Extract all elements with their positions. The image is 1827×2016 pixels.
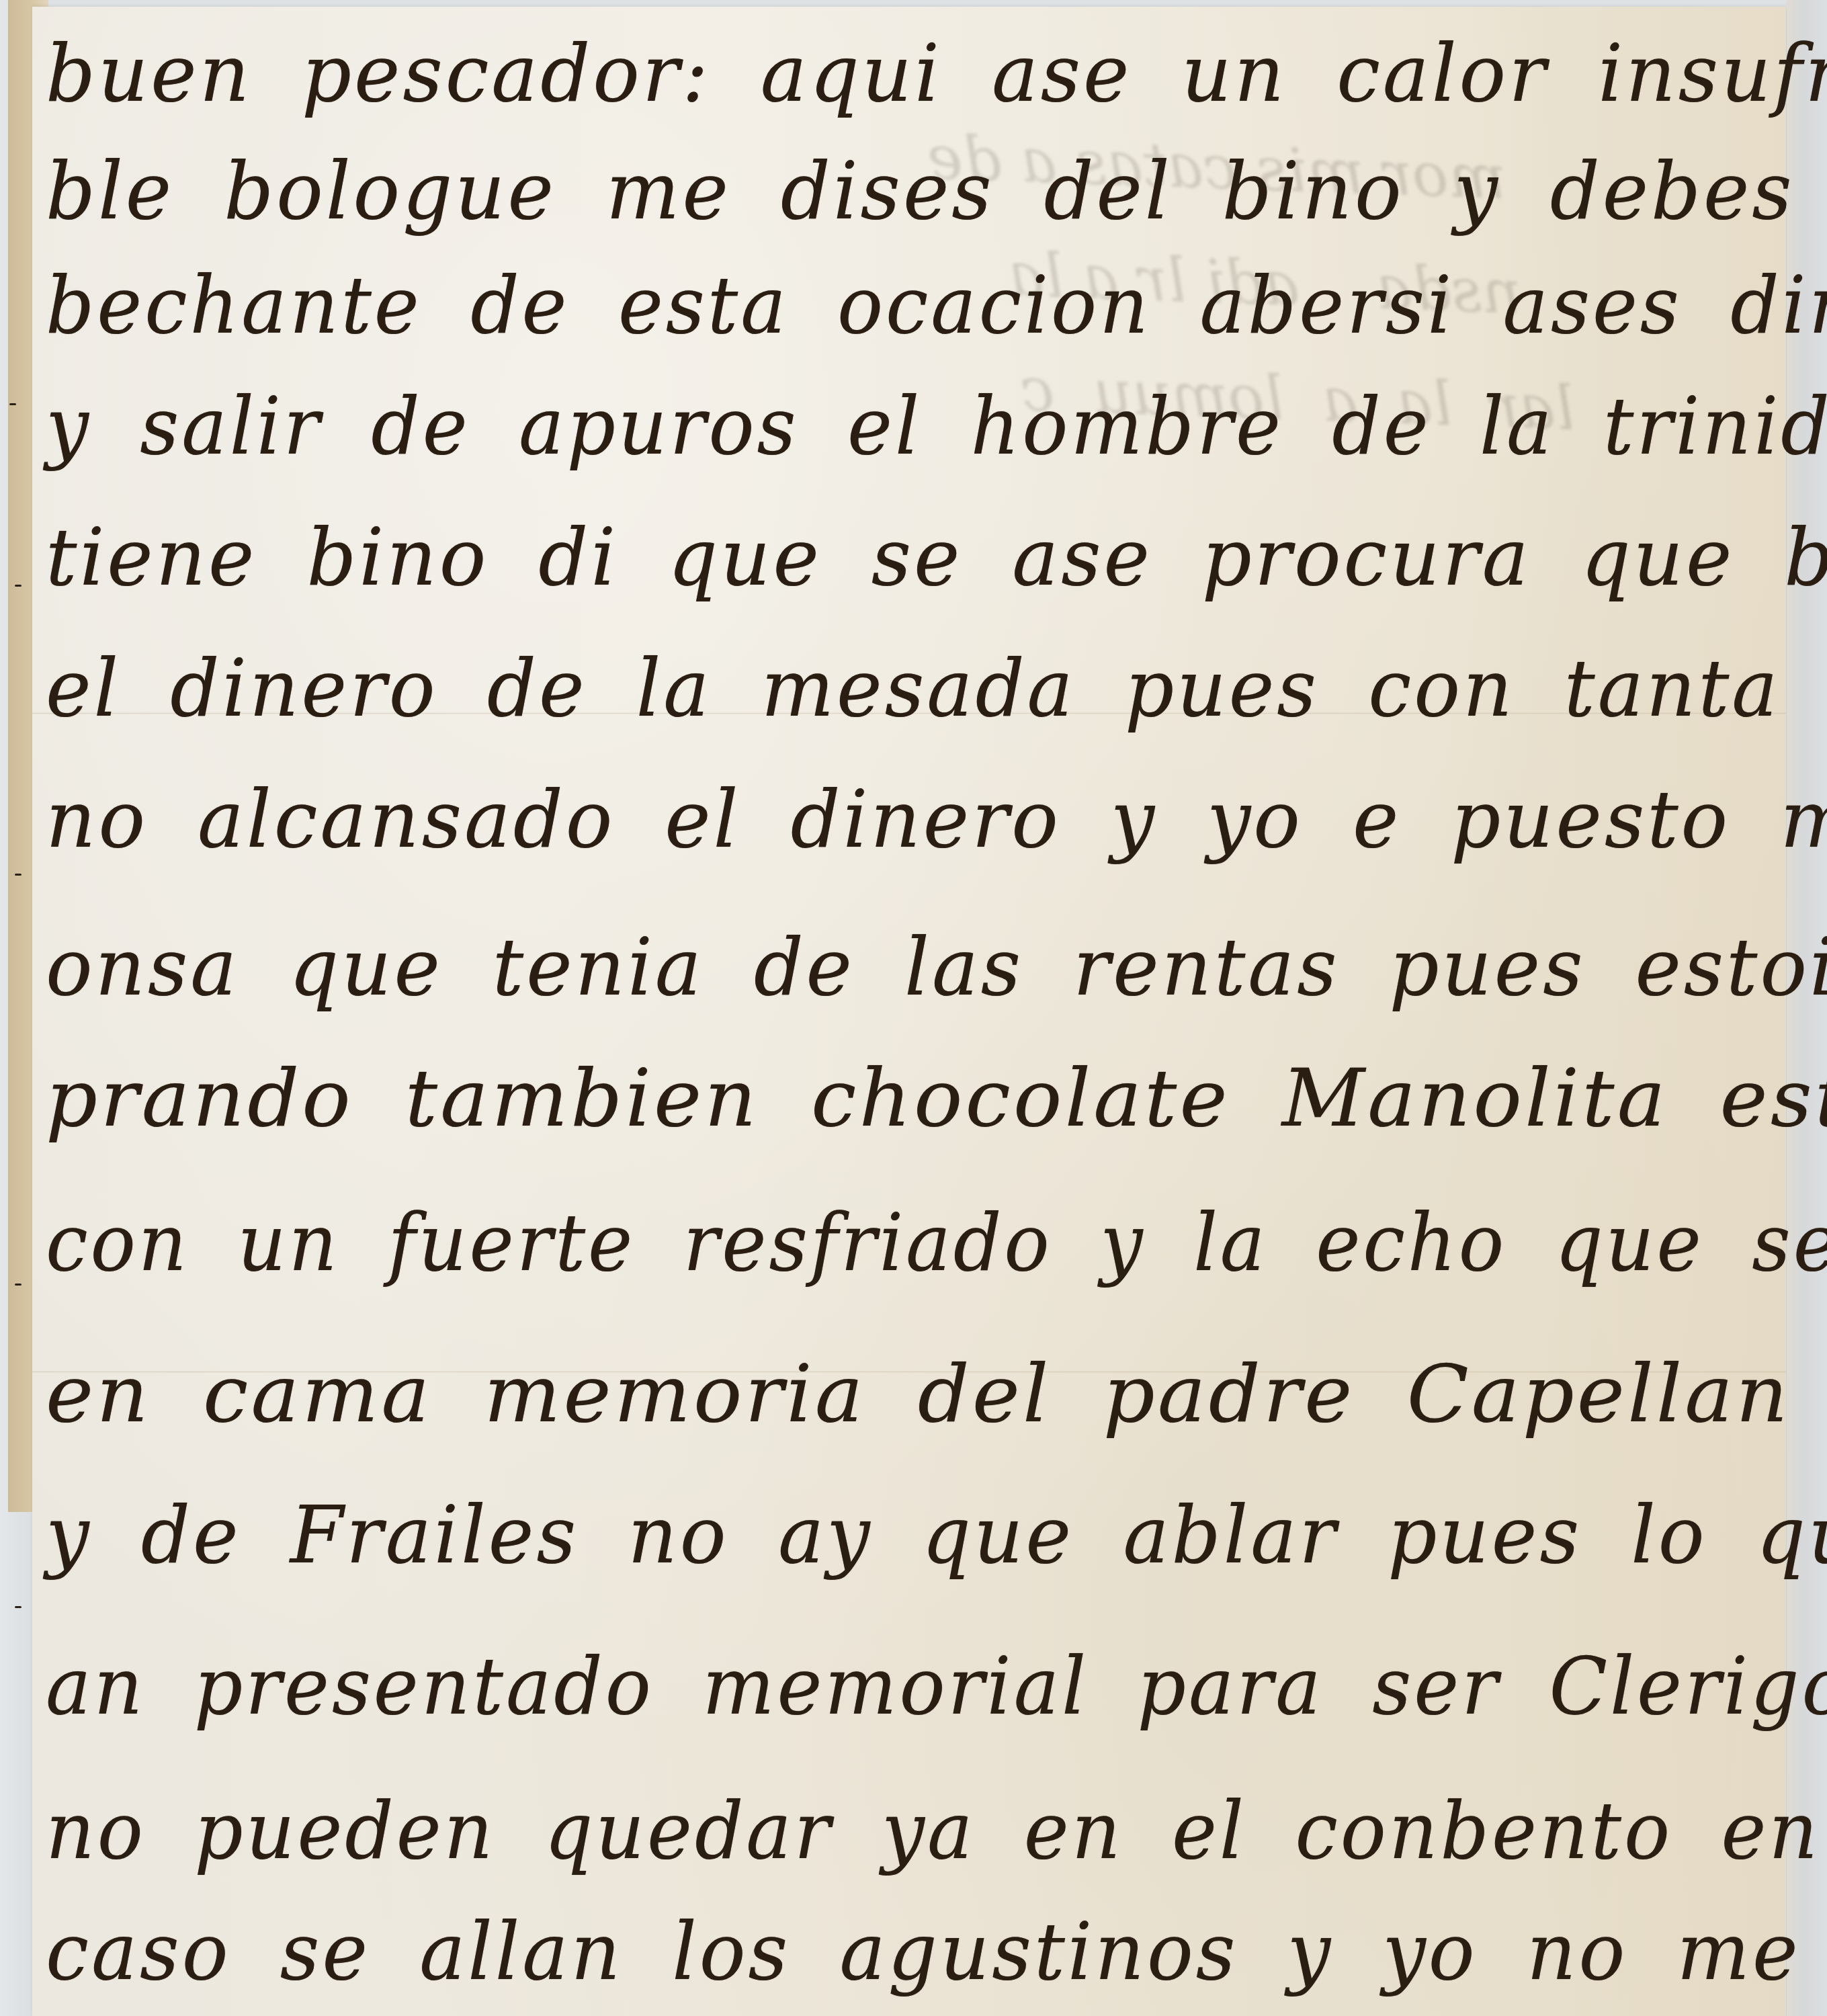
text-line: bechante de esta ocacion abersi ases din…	[46, 259, 1697, 351]
text-line: en cama memoria del padre Capellan	[46, 1347, 1800, 1440]
text-line: no alcansado el dinero y yo e puesto med…	[46, 773, 1732, 866]
text-line: ble bologue me dises del bino y debes ap…	[46, 144, 1732, 237]
text-line: y salir de apuros el hombre de la trinid…	[46, 380, 1697, 472]
text-line: el dinero de la mesada pues con tanta co…	[46, 642, 1714, 734]
text-line: caso se allan los agustinos y yo no me	[46, 1905, 1714, 1998]
letter-body: buen pescador: aqui ase un calor insufri…	[0, 0, 1827, 2016]
manuscript-scene: mor mis catas a de nsda adi lr a la lar …	[0, 0, 1827, 2016]
text-line: onsa que tenia de las rentas pues estoi …	[46, 921, 1732, 1013]
text-line: con un fuerte resfriado y la echo que se…	[46, 1196, 1680, 1289]
text-line: no pueden quedar ya en el conbento en es…	[46, 1784, 1697, 1877]
text-line: an presentado memorial para ser Clerigos	[46, 1640, 1697, 1732]
text-line: y de Frailes no ay que ablar pues lo que	[46, 1488, 1714, 1581]
text-line: prando tambien chocolate Manolita esta	[46, 1052, 1800, 1144]
text-line: tiene bino di que se ase procura que ben…	[46, 511, 1732, 603]
text-line: buen pescador: aqui ase un calor insufri	[46, 27, 1732, 120]
